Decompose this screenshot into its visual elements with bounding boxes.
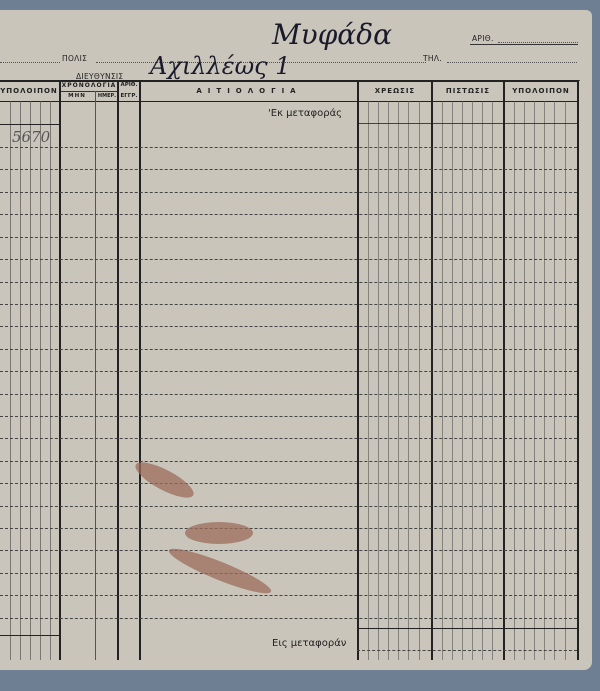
handwritten-address: Αχιλλέως 1 bbox=[150, 52, 291, 80]
number-label: ΑΡΙΘ. bbox=[472, 34, 494, 43]
number-field[interactable] bbox=[498, 42, 578, 43]
col-divider-month-day bbox=[95, 91, 96, 660]
col-header-month: ΜΗΝ bbox=[60, 93, 94, 99]
totals-line bbox=[357, 628, 577, 629]
col-header-entry-no-top: ΑΡΙΘ. bbox=[118, 82, 140, 88]
col-header-debits: ΧΡΕΩΣΙΣ bbox=[358, 87, 432, 95]
last-balance-underline bbox=[0, 635, 60, 636]
col-header-balance: ΥΠΟΛΟΙΠΟΝ bbox=[504, 87, 578, 95]
chronology-divider bbox=[60, 91, 118, 92]
col-header-balance-left: ΥΠΟΛΟΙΠΟΝ bbox=[0, 87, 58, 95]
col-divider-7 bbox=[577, 80, 579, 660]
number-underline bbox=[470, 44, 578, 45]
city-label: ΠΟΛΙΣ bbox=[62, 54, 87, 63]
col-header-description: ΑΙΤΙΟΛΟΓΙΑ bbox=[140, 87, 358, 95]
ledger-sheet: ΠΟΛΙΣ ΔΙΕΥΘΥΝΣΙΣ ΤΗΛ. ΑΡΙΘ. Μυφάδα Αχιλλ… bbox=[0, 10, 592, 670]
city-line-left bbox=[0, 62, 60, 63]
carried-forward-to: Εις μεταφοράν bbox=[272, 638, 346, 649]
first-balance-underline bbox=[0, 124, 60, 125]
handwritten-name: Μυφάδα bbox=[272, 18, 392, 51]
col-header-entry-no-bottom: ΕΓΓΡ. bbox=[118, 93, 140, 99]
carried-forward-from: 'Εκ μεταφοράς bbox=[268, 108, 342, 119]
col-header-credits: ΠΙΣΤΩΣΙΣ bbox=[432, 87, 504, 95]
phone-label: ΤΗΛ. bbox=[423, 54, 442, 63]
col-header-chronology: ΧΡΟΝΟΛΟΓΙΑ bbox=[60, 82, 118, 89]
stain-1 bbox=[131, 456, 198, 504]
handwritten-balance: 5670 bbox=[12, 128, 50, 146]
phone-field[interactable] bbox=[447, 62, 577, 63]
col-header-day: ΗΜΕΡ. bbox=[95, 93, 119, 99]
stain-2 bbox=[185, 522, 253, 544]
